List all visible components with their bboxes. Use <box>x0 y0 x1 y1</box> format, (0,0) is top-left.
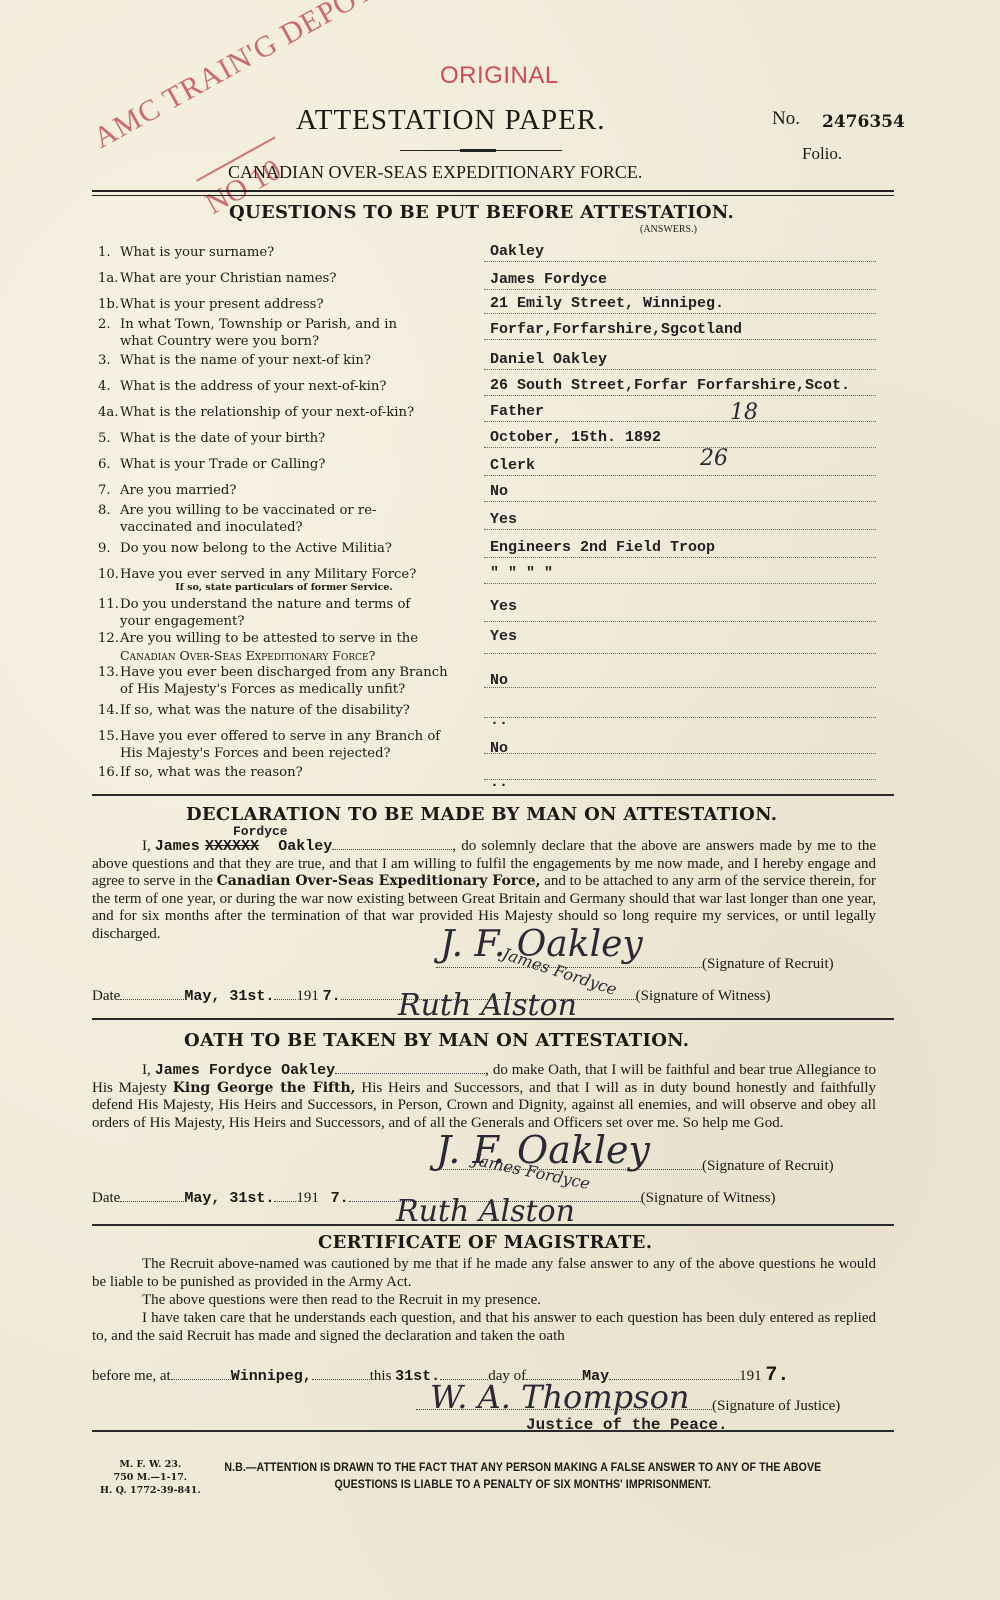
form-code-3: H. Q. 1772-39-841. <box>100 1484 201 1497</box>
title-divider-ornament <box>460 149 496 152</box>
oath-name: James Fordyce Oakley <box>155 1062 335 1079</box>
question-6: 6.What is your Trade or Calling? <box>98 456 470 473</box>
question-1b: 1b.What is your present address? <box>98 296 470 313</box>
answer-7: No <box>484 484 876 502</box>
original-stamp: ORIGINAL <box>440 62 559 90</box>
question-1: 1.What is your surname? <box>98 244 470 261</box>
nb-warning-line2: QUESTIONS IS LIABLE TO A PENALTY OF SIX … <box>210 1477 836 1494</box>
form-code-2: 750 M.—1-17. <box>100 1471 201 1484</box>
answer-4a: Father <box>484 404 876 422</box>
answer-11: Yes <box>484 604 876 622</box>
answer-13: No <box>484 670 876 688</box>
question-15: 15.Have you ever offered to serve in any… <box>98 728 470 762</box>
question-8: 8.Are you willing to be vaccinated or re… <box>98 502 470 536</box>
answer-8: Yes <box>484 512 876 530</box>
answer-16: .. <box>484 762 876 780</box>
question-12: 12.Are you willing to be attested to ser… <box>98 630 470 664</box>
handwritten-age-18: 18 <box>730 400 758 425</box>
oath-heading: OATH TO BE TAKEN BY MAN ON ATTESTATION. <box>184 1030 689 1051</box>
declaration-surname: Oakley <box>278 838 332 855</box>
certificate-paragraph-1: The Recruit above-named was cautioned by… <box>92 1256 876 1291</box>
certificate-paragraph-3: I have taken care that he understands ea… <box>92 1310 876 1345</box>
certificate-paragraph-2: The above questions were then read to th… <box>92 1292 876 1310</box>
folio-label: Folio. <box>802 144 842 164</box>
answer-2: Forfar,Forfarshire,Sgcotland <box>484 322 876 340</box>
question-9: 9.Do you now belong to the Active Militi… <box>98 540 470 557</box>
oath-text: I,James Fordyce Oakley, do make Oath, th… <box>92 1062 876 1132</box>
nb-warning-line1: N.B.—ATTENTION IS DRAWN TO THE FACT THAT… <box>210 1460 836 1477</box>
question-4a: 4a.What is the relationship of your next… <box>98 404 470 421</box>
question-5: 5.What is the date of your birth? <box>98 430 470 447</box>
answer-4: 26 South Street,Forfar Forfarshire,Scot. <box>484 378 876 396</box>
footer-rule <box>92 1430 894 1432</box>
answer-10: " " " " <box>484 566 876 584</box>
answer-1b: 21 Emily Street, Winnipeg. <box>484 296 876 314</box>
question-10: 10.Have you ever served in any Military … <box>98 566 470 593</box>
question-7: 7.Are you married? <box>98 482 470 499</box>
declaration-struck-name: XXXXXX <box>205 838 259 855</box>
form-code-1: M. F. W. 23. <box>100 1458 201 1471</box>
question-16: 16.If so, what was the reason? <box>98 764 470 781</box>
question-13: 13.Have you ever been discharged from an… <box>98 664 470 698</box>
answer-6: Clerk <box>484 458 876 476</box>
regimental-number: 2476354 <box>822 112 905 132</box>
handwritten-age-26: 26 <box>700 446 728 471</box>
declaration-heading: DECLARATION TO BE MADE BY MAN ON ATTESTA… <box>186 804 777 825</box>
section-rule <box>92 794 894 796</box>
answers-label: (ANSWERS.) <box>640 224 697 235</box>
justice-signature-line: (Signature of Justice) <box>416 1398 840 1415</box>
answer-12: Yes <box>484 636 876 654</box>
certificate-heading: CERTIFICATE OF MAGISTRATE. <box>318 1232 652 1253</box>
answer-15: No <box>484 736 876 754</box>
questions-heading: QUESTIONS TO BE PUT BEFORE ATTESTATION. <box>229 202 734 223</box>
question-4: 4.What is the address of your next-of-ki… <box>98 378 470 395</box>
question-1a: 1a.What are your Christian names? <box>98 270 470 287</box>
number-label: No. <box>772 108 800 130</box>
question-14: 14.If so, what was the nature of the dis… <box>98 702 470 719</box>
answer-9: Engineers 2nd Field Troop <box>484 540 876 558</box>
declaration-inserted-name: Fordyce <box>233 824 288 839</box>
header-rule <box>92 190 894 192</box>
header-rule-thin <box>92 195 894 196</box>
section-rule <box>92 1224 894 1226</box>
question-3: 3.What is the name of your next-of kin? <box>98 352 470 369</box>
section-rule <box>92 1018 894 1020</box>
answer-1: Oakley <box>484 244 876 262</box>
answer-1a: James Fordyce <box>484 272 876 290</box>
attestation-paper: ORIGINAL AMC TRAIN'G DEPOT NO 10 ATTESTA… <box>0 0 1000 1600</box>
answer-5: October, 15th. 1892 <box>484 430 876 448</box>
answer-14: .. <box>484 700 876 718</box>
document-title: ATTESTATION PAPER. <box>296 104 605 137</box>
form-codes: M. F. W. 23. 750 M.—1-17. H. Q. 1772-39-… <box>100 1458 201 1497</box>
answer-3: Daniel Oakley <box>484 352 876 370</box>
document-subtitle: CANADIAN OVER-SEAS EXPEDITIONARY FORCE. <box>228 162 642 183</box>
question-11: 11.Do you understand the nature and term… <box>98 596 470 630</box>
nb-warning: N.B.—ATTENTION IS DRAWN TO THE FACT THAT… <box>210 1460 836 1494</box>
declaration-first-name: James <box>155 838 200 855</box>
question-2: 2.In what Town, Township or Parish, and … <box>98 316 470 350</box>
